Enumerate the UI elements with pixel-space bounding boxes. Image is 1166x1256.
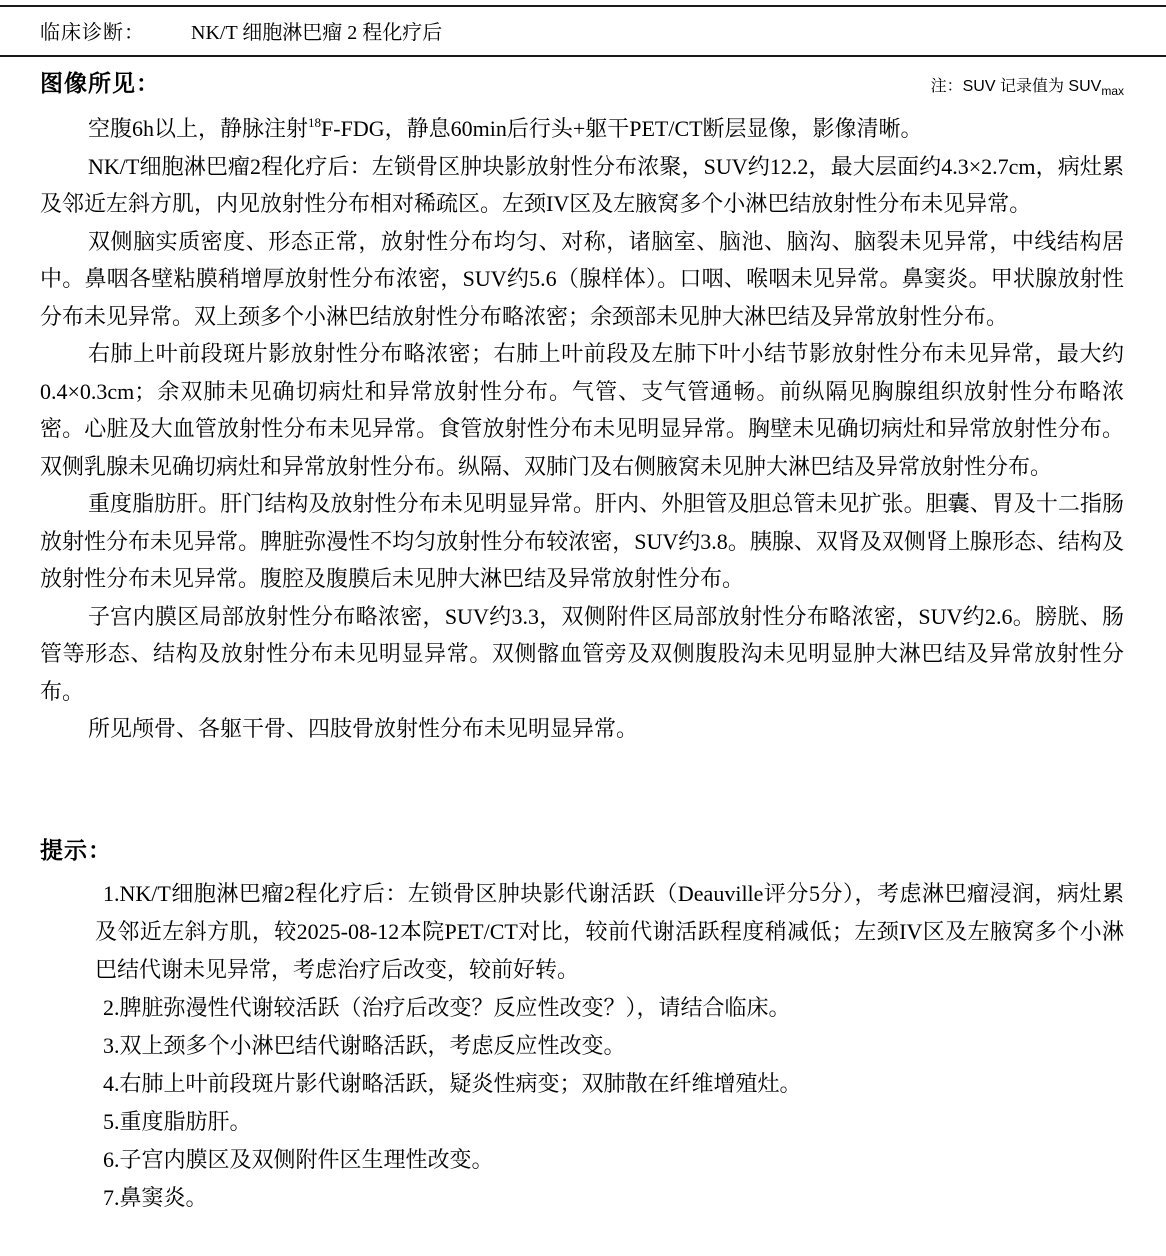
report-page: 临床诊断： NK/T 细胞淋巴瘤 2 程化疗后 图像所见： 注：SUV 记录值为… [0, 0, 1166, 1256]
findings-paragraph-bones: 所见颅骨、各躯干骨、四肢骨放射性分布未见明显异常。 [40, 710, 1124, 748]
impression-item-1: 1.NK/T细胞淋巴瘤2程化疗后：左锁骨区肿块影代谢活跃（Deauville评分… [95, 875, 1124, 989]
findings-paragraph-pelvis: 子宫内膜区局部放射性分布略浓密，SUV约3.3，双侧附件区局部放射性分布略浓密，… [40, 598, 1124, 711]
isotope-superscript: 18 [308, 115, 321, 130]
impression-item-7: 7.鼻窦炎。 [95, 1179, 1124, 1217]
findings-section-title: 图像所见： [40, 65, 160, 98]
clinical-diagnosis-row: 临床诊断： NK/T 细胞淋巴瘤 2 程化疗后 [40, 7, 1124, 55]
findings-paragraph-technique: 空腹6h以上，静脉注射18F-FDG，静息60min后行头+躯干PET/CT断层… [40, 104, 1124, 148]
findings-paragraph-tumor: NK/T细胞淋巴瘤2程化疗后：左锁骨区肿块影放射性分布浓聚，SUV约12.2，最… [40, 148, 1124, 223]
suv-note-subscript: max [1101, 84, 1124, 98]
impression-item-3: 3.双上颈多个小淋巴结代谢略活跃，考虑反应性改变。 [95, 1027, 1124, 1065]
suv-note-text: 注：SUV 记录值为 SUV [931, 78, 1102, 95]
findings-paragraph-chest: 右肺上叶前段斑片影放射性分布略浓密；右肺上叶前段及左肺下叶小结节影放射性分布未见… [40, 335, 1124, 485]
impression-item-4: 4.右肺上叶前段斑片影代谢略活跃，疑炎性病变；双肺散在纤维增殖灶。 [95, 1065, 1124, 1103]
findings-paragraph-head-neck: 双侧脑实质密度、形态正常，放射性分布均匀、对称，诸脑室、脑池、脑沟、脑裂未见异常… [40, 223, 1124, 336]
technique-text-pre: 空腹6h以上，静脉注射 [88, 116, 308, 141]
impression-section-title: 提示： [40, 832, 1124, 865]
findings-body: 空腹6h以上，静脉注射18F-FDG，静息60min后行头+躯干PET/CT断层… [40, 104, 1124, 748]
impression-item-5: 5.重度脂肪肝。 [95, 1103, 1124, 1141]
impression-section: 提示： 1.NK/T细胞淋巴瘤2程化疗后：左锁骨区肿块影代谢活跃（Deauvil… [40, 832, 1124, 1217]
diagnosis-divider-rule [0, 55, 1166, 57]
technique-text-post: F-FDG，静息60min后行头+躯干PET/CT断层显像，影像清晰。 [321, 116, 923, 141]
suv-note: 注：SUV 记录值为 SUVmax [931, 73, 1124, 98]
impression-item-6: 6.子宫内膜区及双侧附件区生理性改变。 [95, 1141, 1124, 1179]
clinical-diagnosis-label: 临床诊断： [40, 16, 145, 45]
clinical-diagnosis-value: NK/T 细胞淋巴瘤 2 程化疗后 [191, 16, 442, 45]
findings-header: 图像所见： 注：SUV 记录值为 SUVmax [40, 65, 1124, 98]
findings-paragraph-abdomen: 重度脂肪肝。肝门结构及放射性分布未见明显异常。肝内、外胆管及胆总管未见扩张。胆囊… [40, 485, 1124, 598]
impression-item-2: 2.脾脏弥漫性代谢较活跃（治疗后改变？反应性改变？），请结合临床。 [95, 989, 1124, 1027]
impression-items: 1.NK/T细胞淋巴瘤2程化疗后：左锁骨区肿块影代谢活跃（Deauville评分… [40, 875, 1124, 1217]
